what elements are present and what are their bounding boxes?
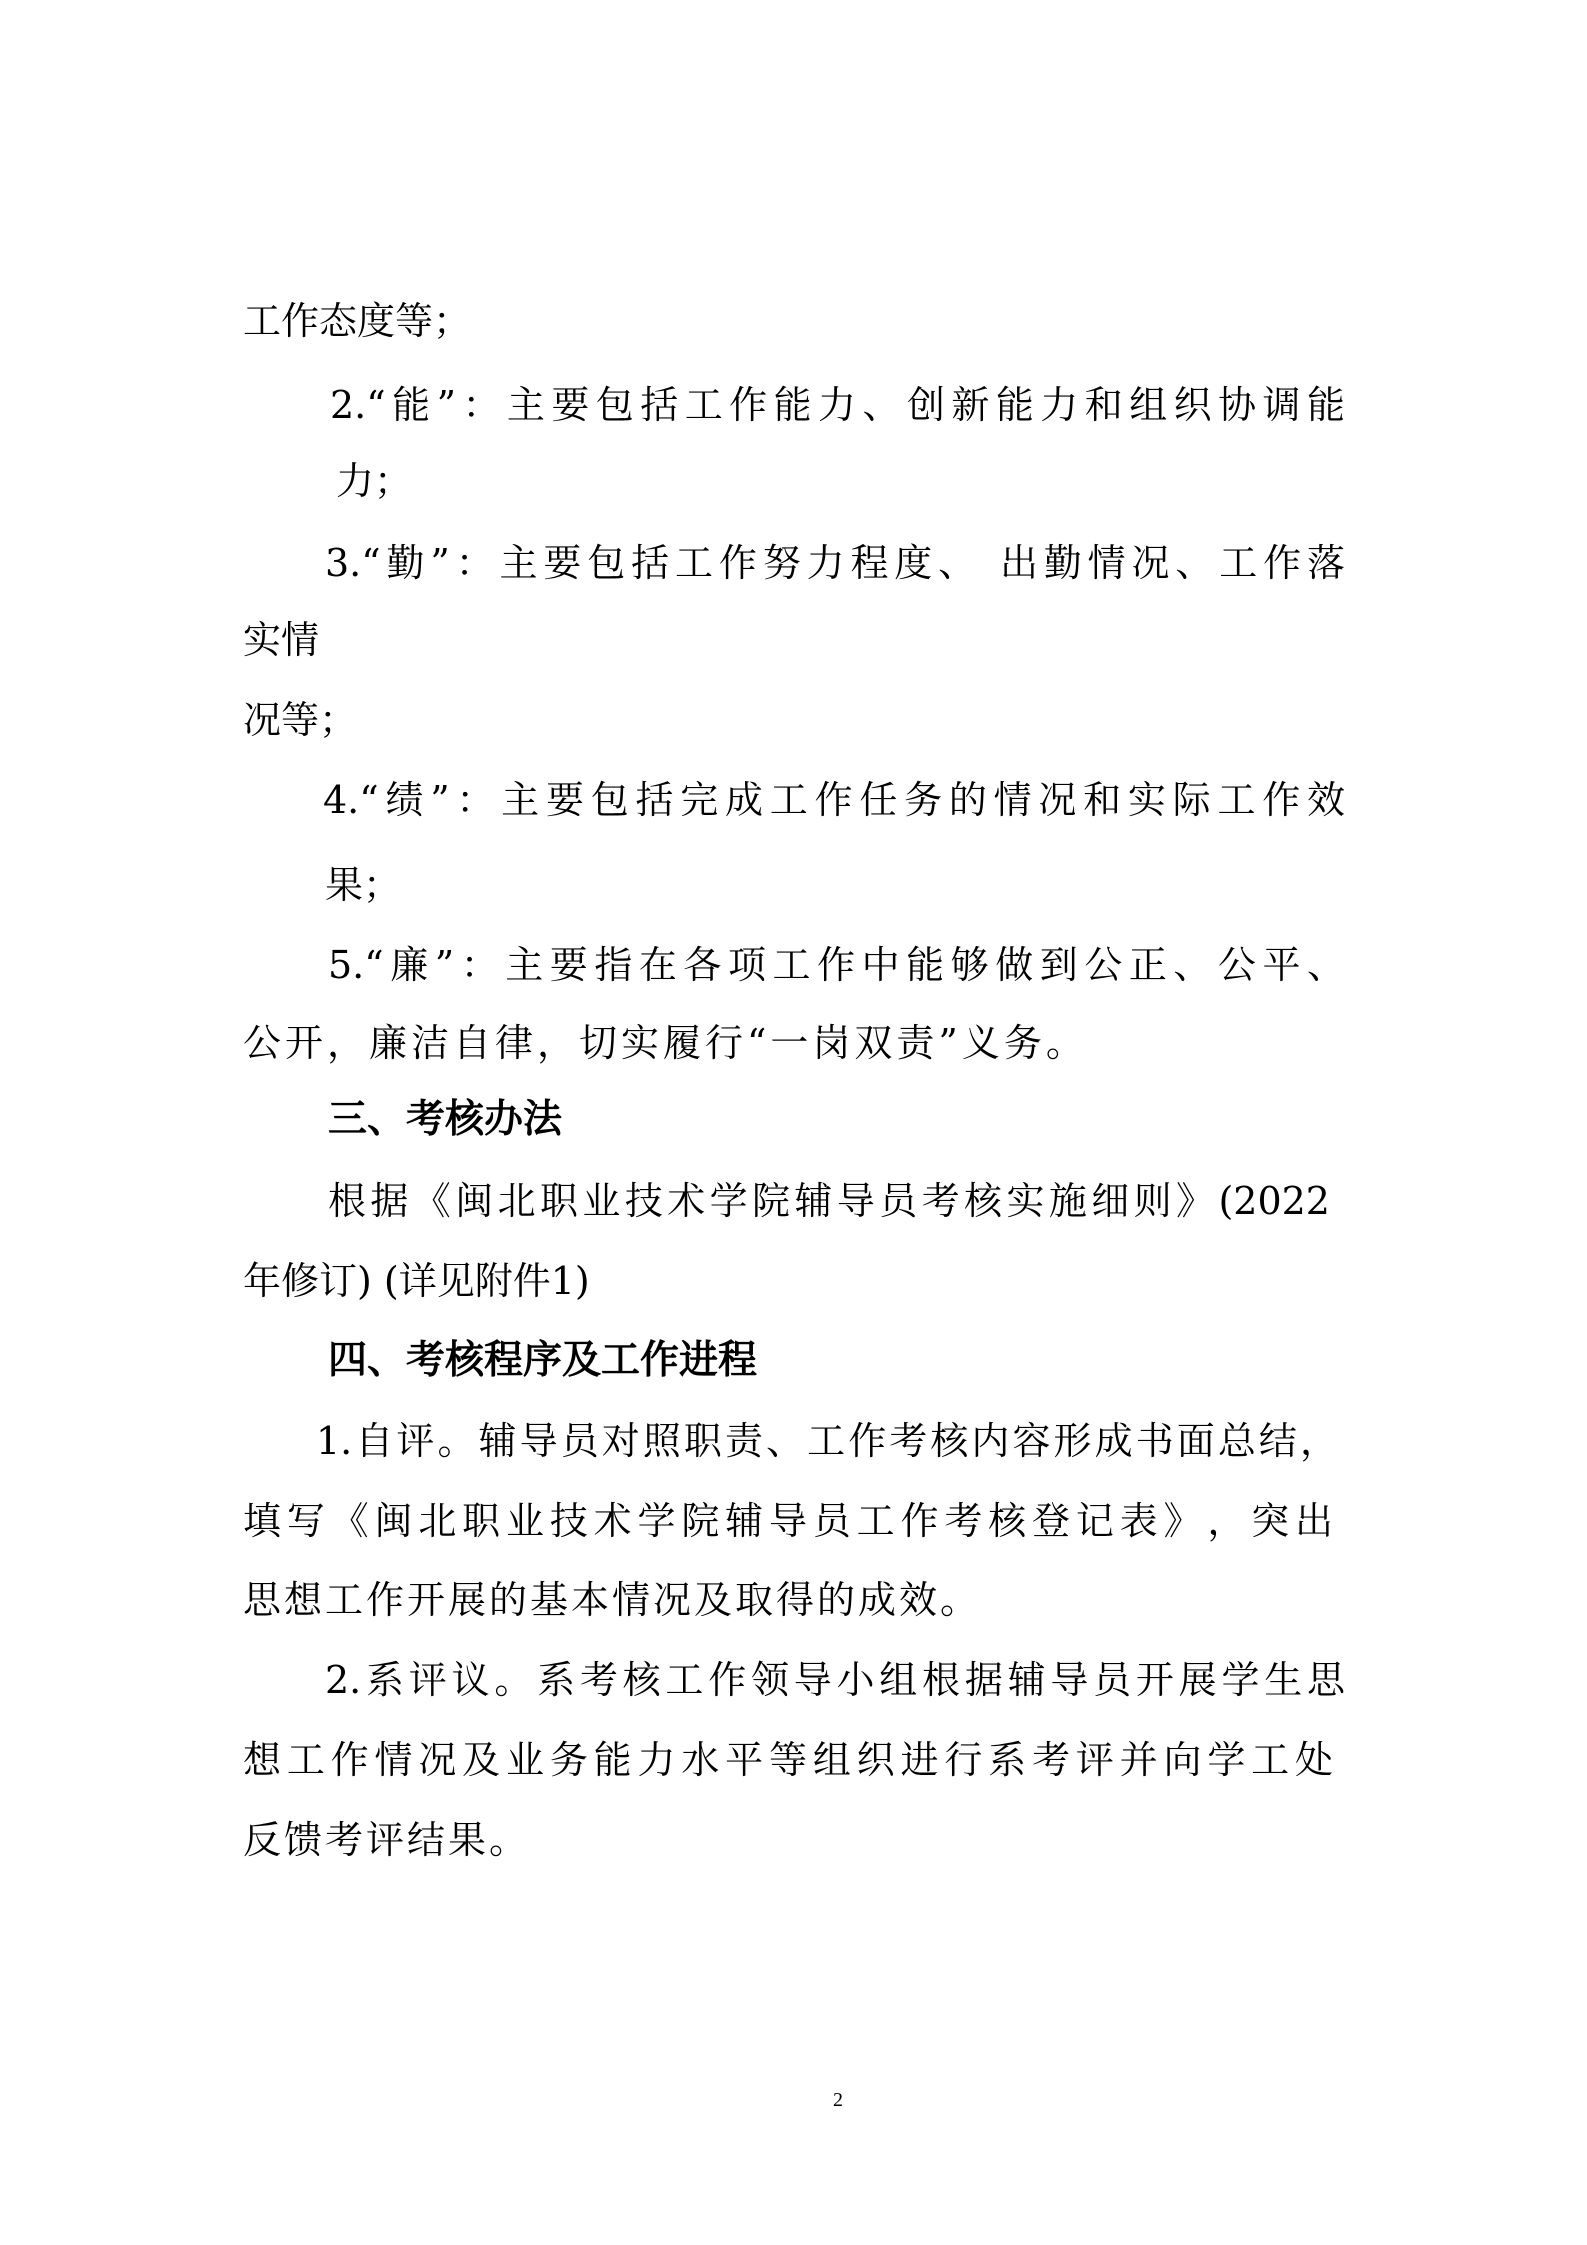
section-heading-4: 四、考核程序及工作进程 — [328, 1336, 757, 1386]
list-item-ji: 4​.​“​绩​”​：​主​要​包​括​完​成​工​作​任​务​的​情​况​和​… — [323, 775, 1345, 825]
body-text-line: 年修订) (详见附件1) — [243, 1256, 590, 1306]
body-text-line: 填​写​《​闽​北​职​业​技​术​学​院​辅​导​员​工​作​考​核​登​记​… — [243, 1496, 1333, 1546]
body-text-line: 反馈考评结果。 — [243, 1815, 530, 1865]
body-text-line: 根​据​《​闽​北​职​业​技​术​学​院​辅​导​员​考​核​实​施​细​则​… — [328, 1176, 1330, 1226]
list-item-ji-continued: 果； — [325, 860, 401, 910]
procedure-step-self-evaluation: 1​.​自​评​。​辅​导​员​对​照​职​责​、​工​作​考​核​内​容​形​… — [316, 1416, 1338, 1466]
list-item-qin-continued-1: 实情 — [243, 615, 319, 665]
document-page: 工作态度等； 2​.​“​能​”​：​主​要​包​括​工​作​能​力​、​创​新… — [0, 0, 1587, 2245]
body-text-line: 思想工作开展的基本情况及取得的成效。 — [243, 1575, 981, 1625]
list-item-qin: 3​.​“​勤​”​：​主​要​包​括​工​作​努​力​程​度​、​ ​出​勤​… — [325, 538, 1345, 588]
list-item-lian-continued: 公开，廉洁自律，切实履行“一岗双责”义务。 — [243, 1018, 1088, 1068]
section-heading-3: 三、考核办法 — [328, 1095, 562, 1145]
page-number: 2 — [826, 2089, 850, 2112]
body-text-line: 想​工​作​情​况​及​业​务​能​力​水​平​等​组​织​进​行​系​考​评​… — [243, 1735, 1333, 1785]
list-item-neng-continued: 力； — [336, 456, 412, 506]
list-item-lian: 5​.​“​廉​”​：​主​要​指​在​各​项​工​作​中​能​够​做​到​公​… — [328, 940, 1345, 990]
body-text-line: 工作态度等； — [243, 296, 471, 346]
list-item-neng: 2​.​“​能​”​：​主​要​包​括​工​作​能​力​、​创​新​能​力​和​… — [330, 380, 1345, 430]
procedure-step-department-review: 2​.​系​评​议​。​系​考​核​工​作​领​导​小​组​根​据​辅​导​员​… — [325, 1655, 1345, 1705]
list-item-qin-continued-2: 况等； — [243, 695, 357, 745]
